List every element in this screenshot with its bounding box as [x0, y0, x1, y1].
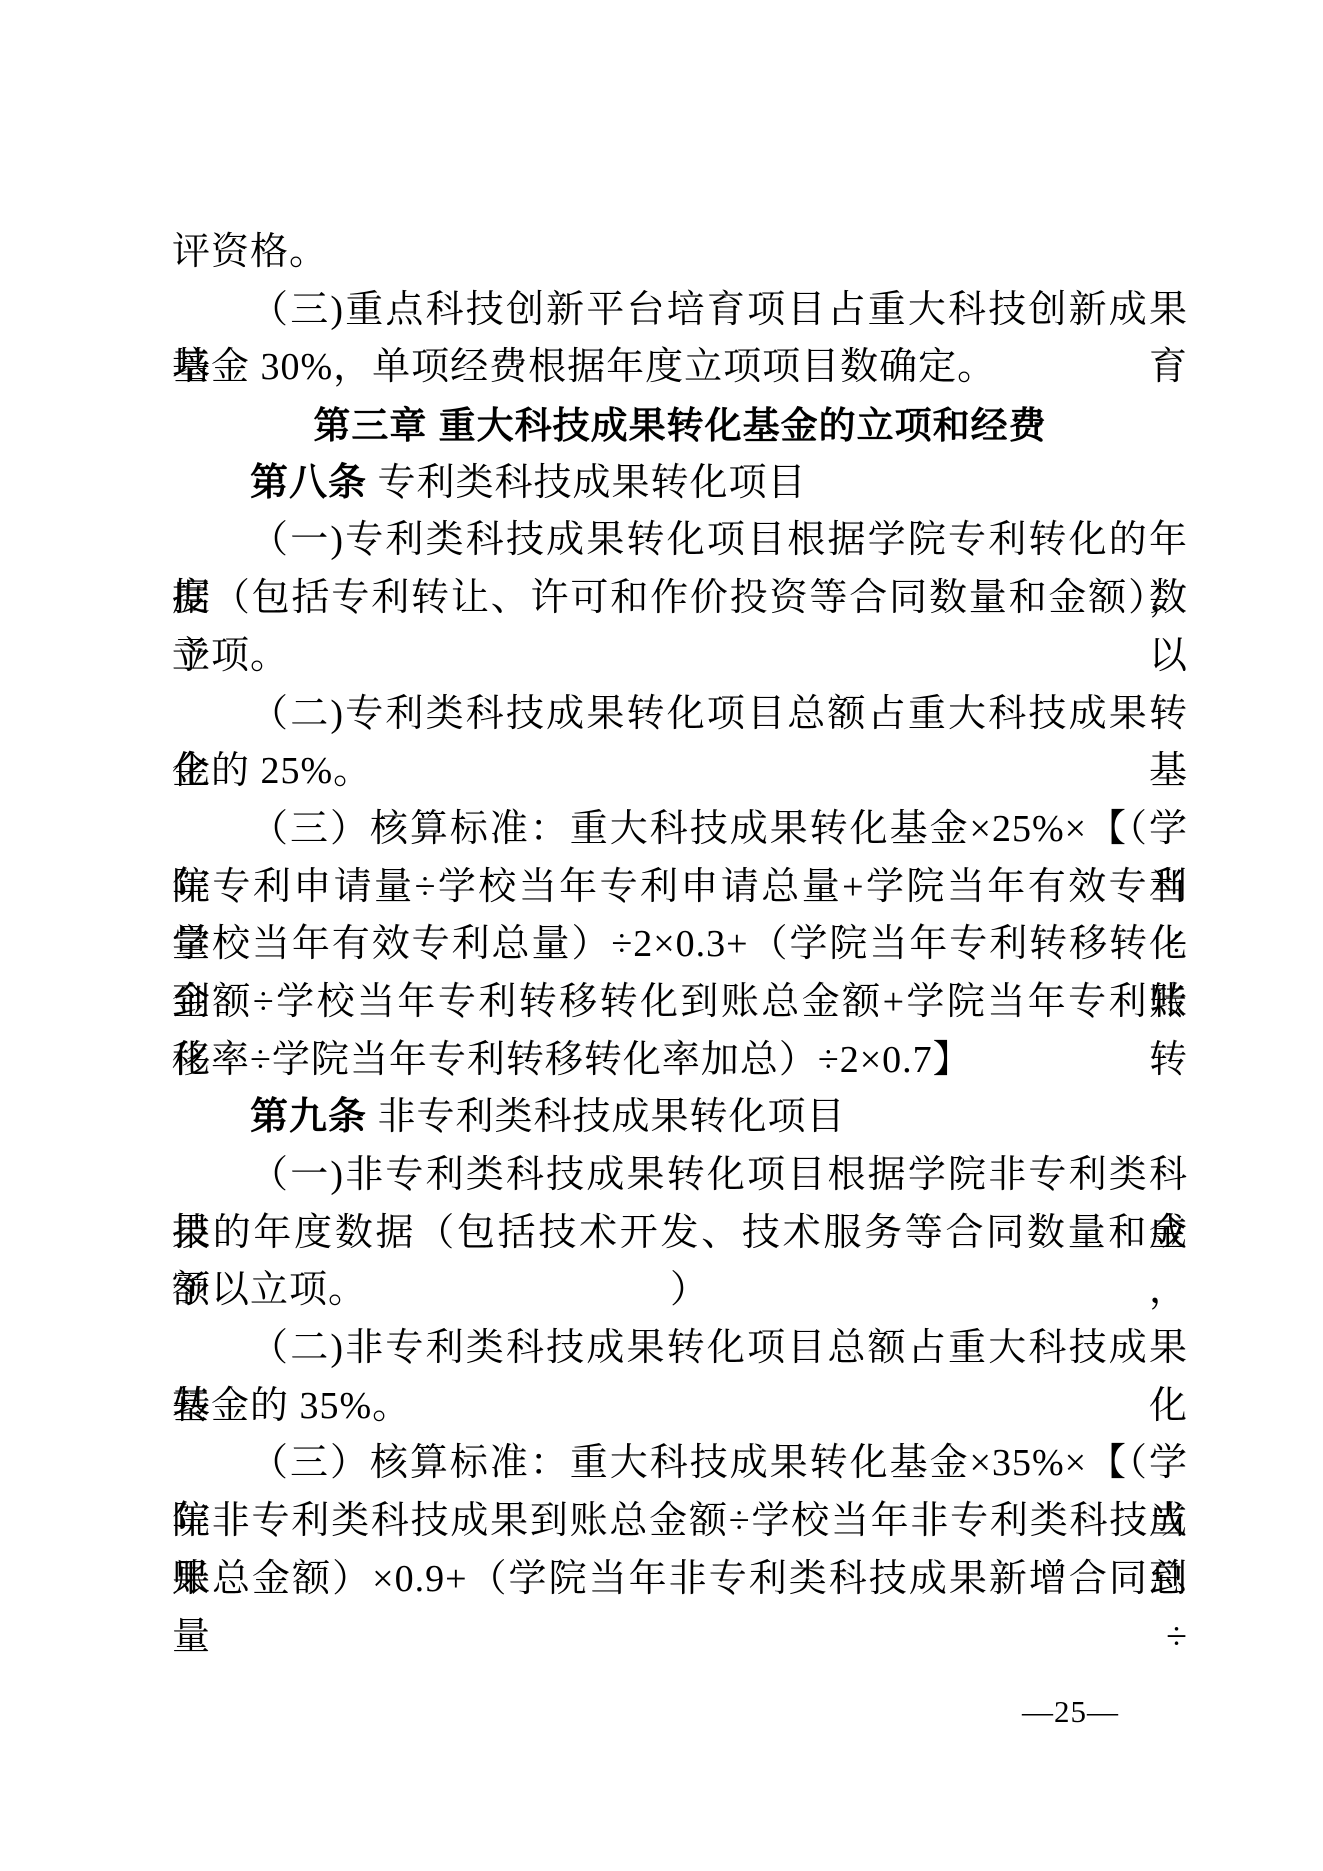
- text-line: （三）核算标准：重大科技成果转化基金×35%×【（学院当: [172, 1435, 1188, 1493]
- text-line: （二)非专利类科技成果转化项目总额占重大科技成果转化: [172, 1320, 1188, 1378]
- text-run: 立项。: [172, 635, 289, 677]
- text-run: 基金的 35%。: [172, 1385, 411, 1427]
- text-run: 化率÷学院当年专利转移转化率加总）÷2×0.7】: [172, 1039, 972, 1081]
- document-body: 评资格。（三)重点科技创新平台培育项目占重大科技创新成果培育基金 30%，单项经…: [172, 224, 1188, 1609]
- text-run: 非专利类科技成果转化项目: [367, 1096, 846, 1138]
- text-line: （三）核算标准：重大科技成果转化基金×25%×【（学院当: [172, 801, 1188, 859]
- article-number: 第九条: [250, 1096, 367, 1138]
- text-line: 果的年度数据（包括技术开发、技术服务等合同数量和金额），: [172, 1205, 1188, 1263]
- text-run: 专利类科技成果转化项目: [367, 462, 807, 504]
- text-line: 年专利申请量÷学校当年专利申请总量+学院当年有效专利量÷: [172, 859, 1188, 917]
- text-run: 评资格。: [172, 231, 328, 273]
- text-line: 第八条 专利类科技成果转化项目: [172, 455, 1188, 513]
- text-line: （三)重点科技创新平台培育项目占重大科技创新成果培育: [172, 282, 1188, 340]
- text-run: 予以立项。: [172, 1269, 367, 1311]
- chapter-heading: 第三章 重大科技成果转化基金的立项和经费: [172, 397, 1188, 455]
- document-page: 评资格。（三)重点科技创新平台培育项目占重大科技创新成果培育基金 30%，单项经…: [0, 0, 1323, 1871]
- text-line: （二)专利类科技成果转化项目总额占重大科技成果转化基: [172, 686, 1188, 744]
- text-line: 金额÷学校当年专利转移转化到账总金额+学院当年专利转移转: [172, 974, 1188, 1032]
- text-run: 据（包括专利转让、许可和作价投资等合同数量和金额），予以: [172, 577, 1188, 677]
- article-number: 第八条: [250, 462, 367, 504]
- text-run: 第三章 重大科技成果转化基金的立项和经费: [313, 405, 1046, 446]
- text-line: 学校当年有效专利总量）÷2×0.3+（学院当年专利转移转化到账: [172, 916, 1188, 974]
- text-run: 金的 25%。: [172, 750, 372, 792]
- text-line: 第九条 非专利类科技成果转化项目: [172, 1089, 1188, 1147]
- text-line: 账总金额）×0.9+（学院当年非专利类科技成果新增合同总量÷: [172, 1551, 1188, 1609]
- text-run: 基金 30%，单项经费根据年度立项项目数确定。: [172, 346, 996, 388]
- text-line: 据（包括专利转让、许可和作价投资等合同数量和金额），予以: [172, 570, 1188, 628]
- text-line: （一)专利类科技成果转化项目根据学院专利转化的年度数: [172, 512, 1188, 570]
- text-line: 评资格。: [172, 224, 1188, 282]
- page-number: —25—: [1022, 1694, 1119, 1730]
- text-line: （一)非专利类科技成果转化项目根据学院非专利类科技成: [172, 1147, 1188, 1205]
- text-run: 账总金额）×0.9+（学院当年非专利类科技成果新增合同总量÷: [172, 1558, 1188, 1658]
- text-line: 年非专利类科技成果到账总金额÷学校当年非专利类科技成果到: [172, 1493, 1188, 1551]
